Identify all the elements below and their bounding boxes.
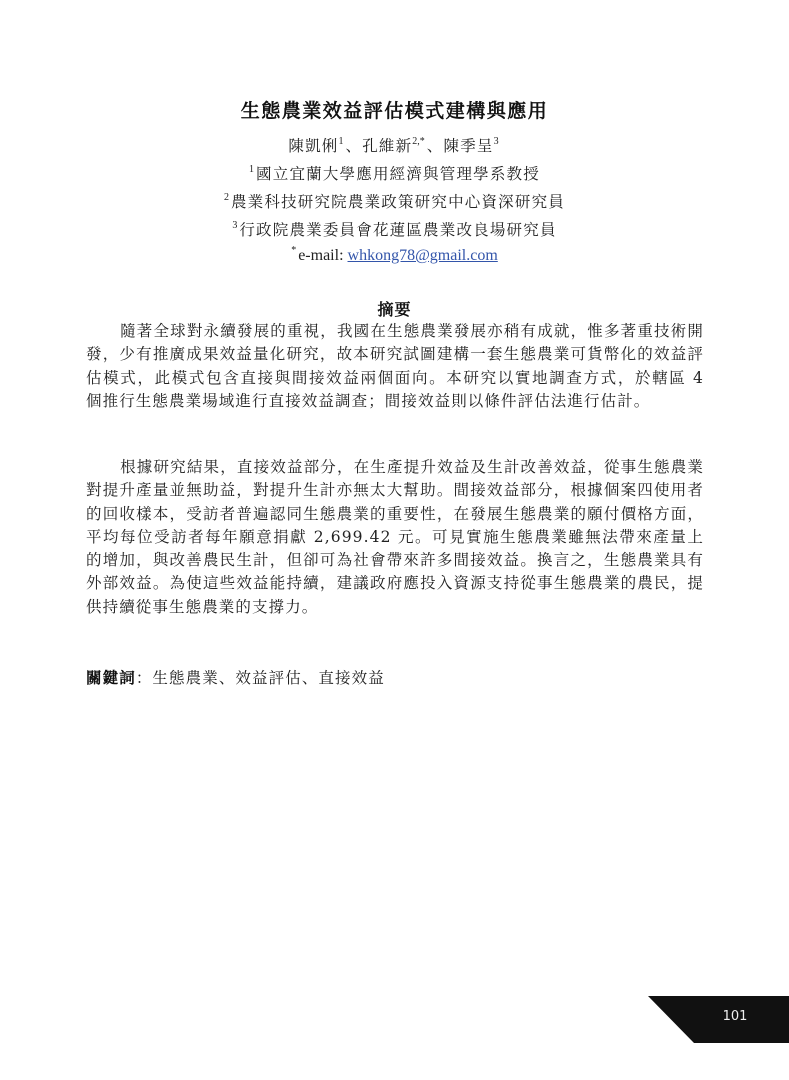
keywords-text: 生態農業、效益評估、直接效益 xyxy=(152,669,384,687)
author-mark: 1 xyxy=(338,136,343,147)
keywords-label: 關鍵詞 xyxy=(86,668,136,687)
author-list: 陳凱俐1、孔維新2,*、陳季呈3 xyxy=(0,134,789,156)
paper-page: 生態農業效益評估模式建構與應用 陳凱俐1、孔維新2,*、陳季呈3 1國立宜蘭大學… xyxy=(0,0,789,1080)
affiliation-text: 行政院農業委員會花蓮區農業改良場研究員 xyxy=(239,221,556,239)
contact-email-line: *e-mail: whkong78@gmail.com xyxy=(0,245,789,265)
affiliation-2: 2農業科技研究院農業政策研究中心資深研究員 xyxy=(0,190,789,212)
author-name: 陳季呈 xyxy=(444,137,494,155)
author-separator: 、 xyxy=(345,137,362,155)
keywords-separator: ： xyxy=(136,669,153,687)
author-mark: 3 xyxy=(494,136,499,147)
author-name: 陳凱俐 xyxy=(288,137,338,155)
abstract-heading: 摘要 xyxy=(0,297,789,320)
author-mark: 2,* xyxy=(412,136,425,147)
abstract-paragraph-2: 根據研究結果，直接效益部分，在生產提升效益及生計改善效益，從事生態農業對提升產量… xyxy=(86,456,704,619)
affiliation-text: 農業科技研究院農業政策研究中心資深研究員 xyxy=(231,193,565,211)
corresponding-mark: * xyxy=(291,245,296,256)
abstract-paragraph-text: 根據研究結果，直接效益部分，在生產提升效益及生計改善效益，從事生態農業對提升產量… xyxy=(86,458,704,616)
email-label: e-mail: xyxy=(298,247,347,264)
affiliation-mark: 1 xyxy=(249,164,254,175)
affiliation-mark: 3 xyxy=(232,220,237,231)
keywords-line: 關鍵詞：生態農業、效益評估、直接效益 xyxy=(86,666,385,688)
author-separator: 、 xyxy=(427,137,444,155)
affiliation-text: 國立宜蘭大學應用經濟與管理學系教授 xyxy=(256,165,540,183)
paper-title: 生態農業效益評估模式建構與應用 xyxy=(0,96,789,123)
affiliation-3: 3行政院農業委員會花蓮區農業改良場研究員 xyxy=(0,218,789,240)
abstract-paragraph-text: 隨著全球對永續發展的重視，我國在生態農業發展亦稍有成就，惟多著重技術開發，少有推… xyxy=(86,322,704,410)
affiliation-1: 1國立宜蘭大學應用經濟與管理學系教授 xyxy=(0,162,789,184)
abstract-paragraph-1: 隨著全球對永續發展的重視，我國在生態農業發展亦稍有成就，惟多著重技術開發，少有推… xyxy=(86,320,704,413)
page-number: 101 xyxy=(700,1009,770,1024)
author-name: 孔維新 xyxy=(362,137,412,155)
email-link[interactable]: whkong78@gmail.com xyxy=(348,247,498,264)
affiliation-mark: 2 xyxy=(224,192,229,203)
